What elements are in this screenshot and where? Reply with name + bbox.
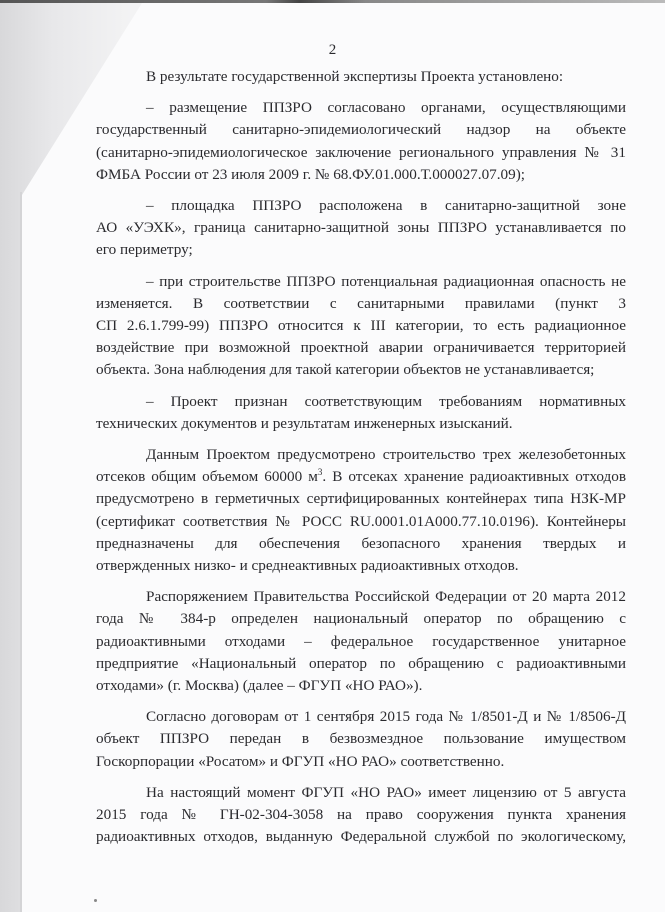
text-line: – Проект признан соответствующим требова… bbox=[96, 391, 626, 413]
text-line: объекта. Зона наблюдения для такой катег… bbox=[96, 359, 626, 381]
paragraph-government-order: Распоряжением Правительства Российской Ф… bbox=[96, 586, 626, 697]
text-line: ФМБА России от 23 июля 2009 г. № 68.ФУ.0… bbox=[96, 164, 626, 186]
text-line: – размещение ППЗРО согласовано органами,… bbox=[96, 97, 626, 119]
paragraph-license: На настоящий момент ФГУП «НО РАО» имеет … bbox=[96, 782, 626, 849]
text-line: отвержденных низко- и среднеактивных рад… bbox=[96, 555, 626, 577]
scan-top-edge bbox=[0, 0, 665, 3]
paragraph-contracts: Согласно договорам от 1 сентября 2015 го… bbox=[96, 706, 626, 773]
text-line: предприятие «Национальный оператор по об… bbox=[96, 653, 626, 675]
document-body: В результате государственной экспертизы … bbox=[96, 66, 626, 858]
text-line: Госкорпорации «Росатом» и ФГУП «НО РАО» … bbox=[96, 751, 626, 773]
paper-edge-shadow bbox=[20, 192, 22, 912]
text-line: отходами» (г. Москва) (далее – ФГУП «НО … bbox=[96, 675, 626, 697]
text-line: – при строительстве ППЗРО потенциальная … bbox=[96, 271, 626, 293]
bullet-approval: – размещение ППЗРО согласовано органами,… bbox=[96, 97, 626, 186]
bullet-site: – площадка ППЗРО расположена в санитарно… bbox=[96, 195, 626, 262]
text-line: объект ППЗРО передан в безвозмездное пол… bbox=[96, 728, 626, 750]
paragraph-compartments: Данным Проектом предусмотрено строительс… bbox=[96, 444, 626, 577]
text-line: воздействие при возможной проектной авар… bbox=[96, 337, 626, 359]
text-line: года № 384-р определен национальный опер… bbox=[96, 608, 626, 630]
volume-tail: . В отсеках хранение радиоактивных отход… bbox=[322, 468, 626, 485]
bullet-radiation: – при строительстве ППЗРО потенциальная … bbox=[96, 271, 626, 382]
text-line: В результате государственной экспертизы … bbox=[146, 66, 626, 88]
text-line: (санитарно-эпидемиологическое заключение… bbox=[96, 142, 626, 164]
text-line: АО «УЭХК», граница санитарно-защитной зо… bbox=[96, 217, 626, 239]
text-line: Согласно договорам от 1 сентября 2015 го… bbox=[96, 706, 626, 728]
text-line: (сертификат соответствия № РОСС RU.0001.… bbox=[96, 511, 626, 533]
text-line: – площадка ППЗРО расположена в санитарно… bbox=[96, 195, 626, 217]
text-line: Распоряжением Правительства Российской Ф… bbox=[96, 586, 626, 608]
paragraph-intro: В результате государственной экспертизы … bbox=[96, 66, 626, 88]
text-line: радиоактивных отходов, выданную Федераль… bbox=[96, 826, 626, 848]
text-line: государственный санитарно-эпидемиологиче… bbox=[96, 119, 626, 141]
text-line: технических документов и результатам инж… bbox=[96, 413, 626, 435]
text-line: На настоящий момент ФГУП «НО РАО» имеет … bbox=[96, 782, 626, 804]
text-line: предусмотрено в герметичных сертифициров… bbox=[96, 488, 626, 510]
text-line: СП 2.6.1.799-99) ППЗРО относится к III к… bbox=[96, 315, 626, 337]
text-line: 2015 года № ГН-02-304-3058 на право соор… bbox=[96, 804, 626, 826]
volume-text: отсеков общим объемом 60000 м bbox=[96, 468, 318, 485]
text-line: предназначены для обеспечения безопасног… bbox=[96, 533, 626, 555]
text-line-volume: отсеков общим объемом 60000 м3. В отсека… bbox=[96, 466, 626, 488]
bullet-compliance: – Проект признан соответствующим требова… bbox=[96, 391, 626, 435]
page-number: 2 bbox=[0, 42, 665, 59]
scan-speck bbox=[94, 899, 97, 902]
text-line: Данным Проектом предусмотрено строительс… bbox=[96, 444, 626, 466]
text-line: радиоактивными отходами – федеральное го… bbox=[96, 631, 626, 653]
text-line: его периметру; bbox=[96, 239, 626, 261]
text-line: изменяется. В соответствии с санитарными… bbox=[96, 293, 626, 315]
